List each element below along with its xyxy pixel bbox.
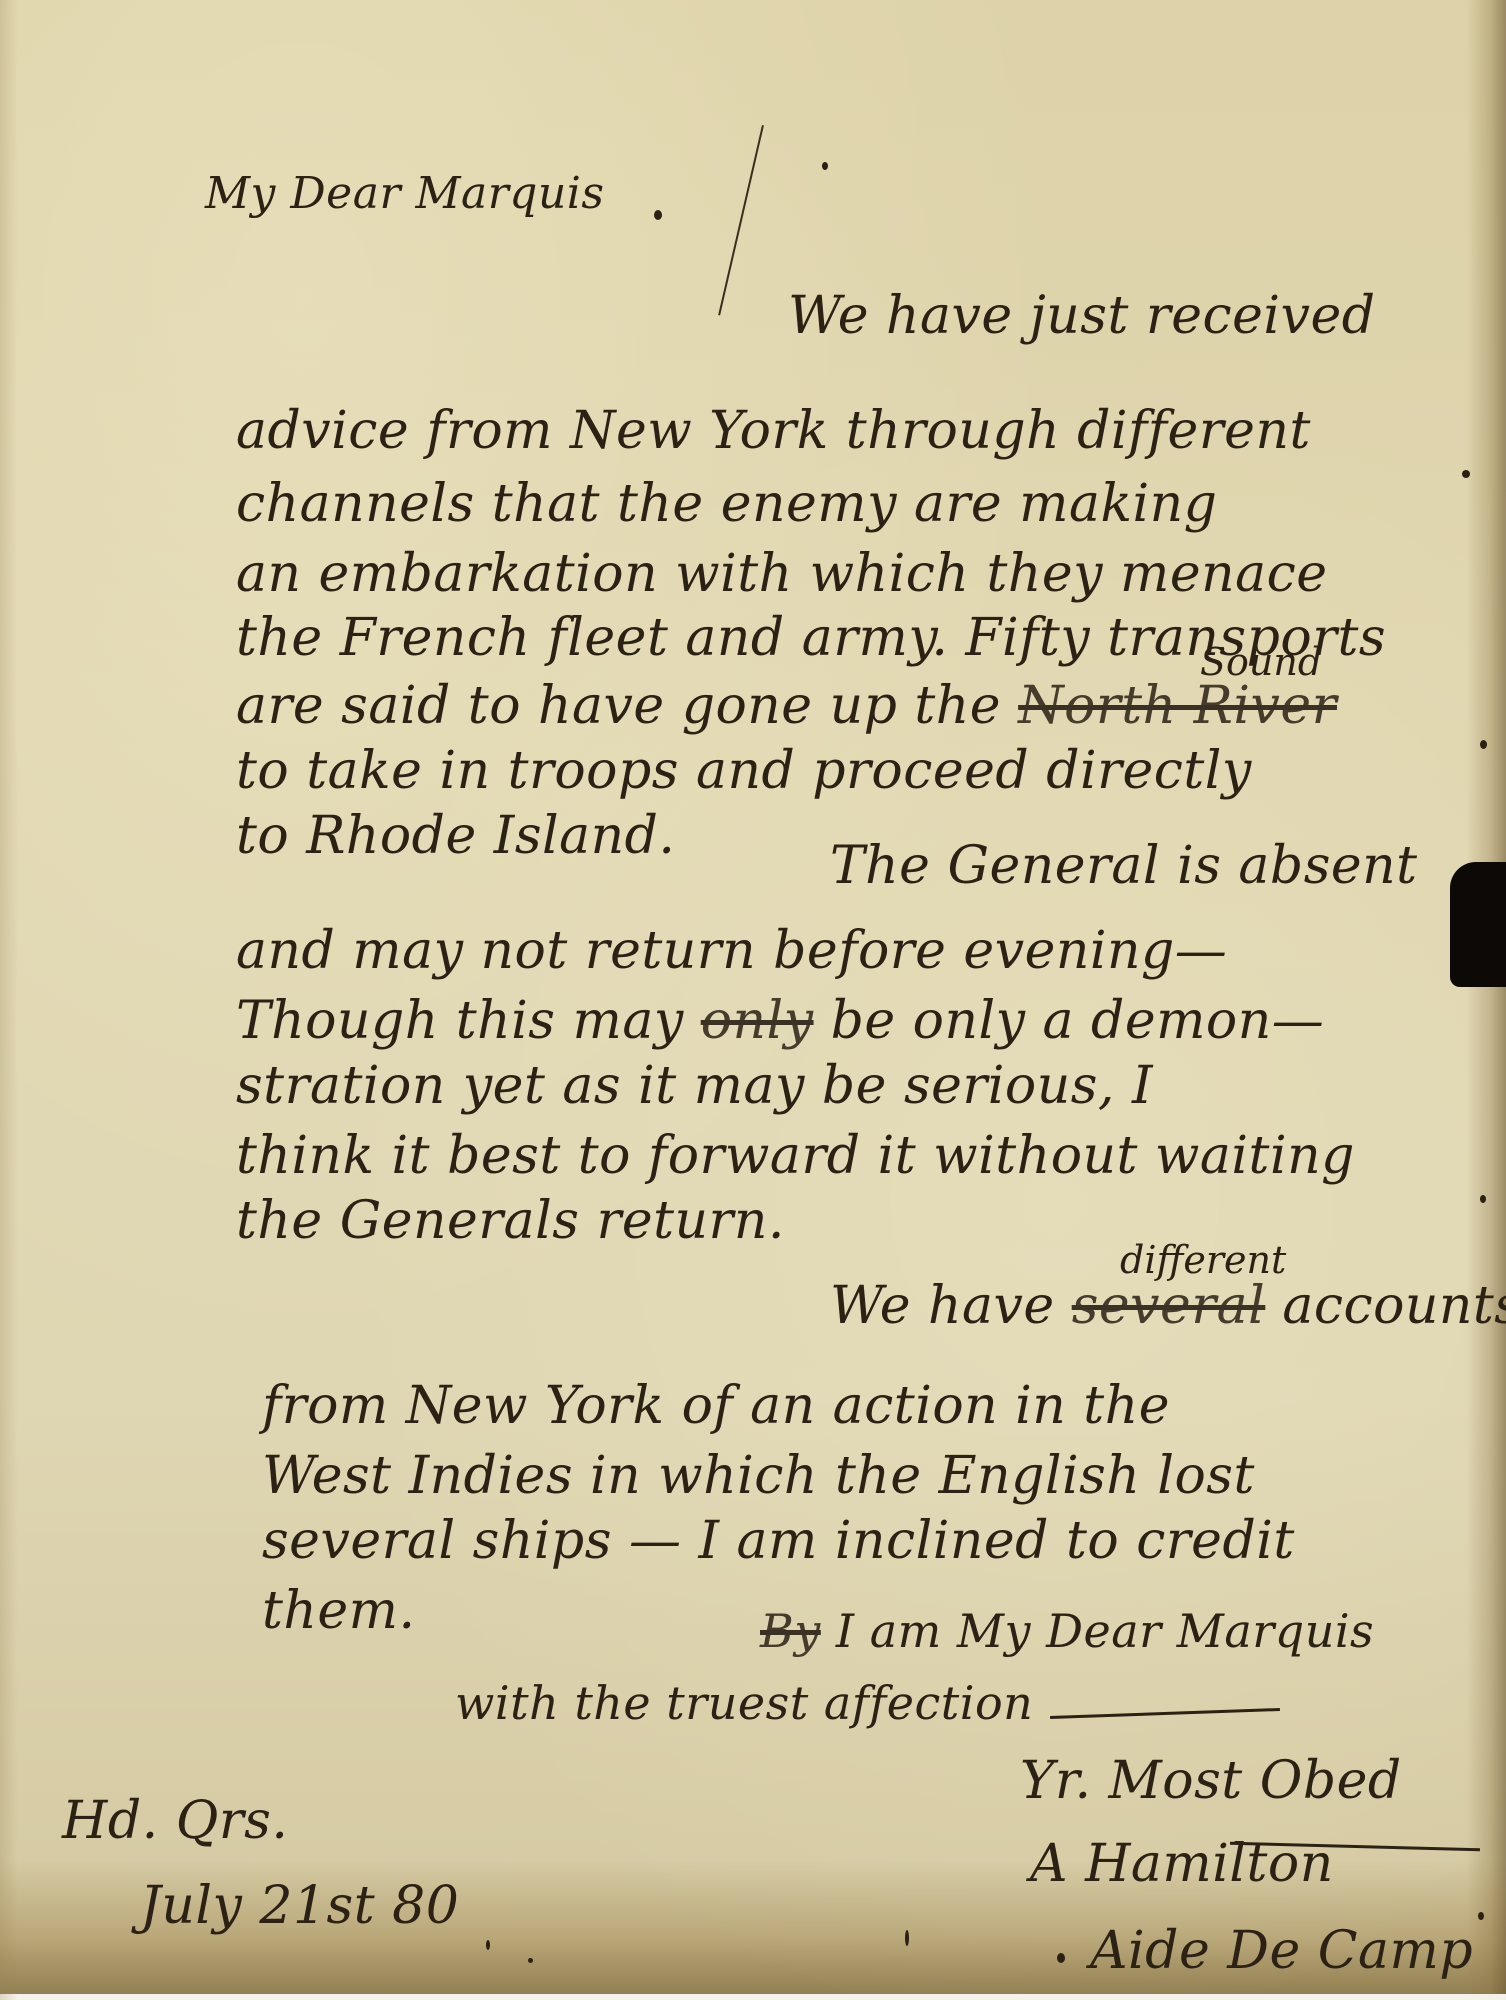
letter-line: the Generals return. (236, 1195, 785, 1247)
salutation: My Dear Marquis (205, 172, 604, 216)
ink-speck (1478, 1912, 1484, 1920)
letter-line: We have just received (788, 290, 1376, 342)
closing-flourish (1050, 1708, 1280, 1719)
ink-speck (905, 1930, 909, 1946)
letter-line: from New York of an action in the (262, 1380, 1170, 1432)
salutation-slash-mark (718, 125, 764, 315)
closing-line: By I am My Dear Marquis (760, 1608, 1374, 1654)
inserted-word-sound: Sound (1200, 640, 1322, 684)
letter-line: and may not return before evening— (236, 925, 1227, 977)
line-text: We have (830, 1276, 1055, 1336)
ink-blot (1450, 862, 1506, 987)
letter-line: Though this may only be only a demon— (236, 995, 1324, 1047)
ink-speck (1480, 1195, 1486, 1203)
manuscript-page: My Dear Marquis We have just received ad… (0, 0, 1506, 2000)
ink-speck (1462, 470, 1470, 478)
valediction: Yr. Most Obed (1020, 1755, 1402, 1807)
ink-speck (1057, 1953, 1065, 1963)
closing-line: with the truest affection (455, 1680, 1033, 1726)
ink-speck (528, 1958, 533, 1963)
letter-line: several ships — I am inclined to credit (262, 1515, 1295, 1567)
closing-text: I am My Dear Marquis (836, 1604, 1374, 1658)
letter-line: are said to have gone up the North River (236, 680, 1337, 732)
letter-line: channels that the enemy are making (236, 478, 1217, 530)
struck-word-by: By (760, 1604, 821, 1658)
ink-speck (654, 210, 662, 220)
letter-line: think it best to forward it without wait… (236, 1130, 1355, 1182)
line-text: be only a demon— (831, 991, 1325, 1051)
line-text: accounts (1282, 1276, 1506, 1336)
struck-word-north-river: North River (1018, 676, 1337, 736)
signature-title: Aide De Camp (1090, 1925, 1473, 1977)
scan-bottom-edge (0, 1994, 1506, 2000)
letter-line: an embarkation with which they menace (236, 548, 1327, 600)
letter-line: advice from New York through different (236, 405, 1311, 457)
letter-line: to Rhode Island. (236, 810, 675, 862)
letter-line: them. (262, 1585, 416, 1637)
struck-word-only: only (701, 991, 814, 1051)
letter-line: The General is absent (830, 840, 1418, 892)
line-text: are said to have gone up the (236, 676, 1001, 736)
dateline-place: Hd. Qrs. (62, 1795, 288, 1847)
ink-speck (822, 162, 828, 170)
letter-line: We have several accounts (830, 1280, 1506, 1332)
letter-line: West Indies in which the English lost (262, 1450, 1255, 1502)
struck-word-several: several (1072, 1276, 1266, 1336)
letter-line: stration yet as it may be serious, I (236, 1060, 1153, 1112)
dateline-date: July 21st 80 (140, 1880, 459, 1932)
line-text: Though this may (236, 991, 684, 1051)
letter-line: to take in troops and proceed directly (236, 745, 1252, 797)
ink-speck (486, 1940, 490, 1950)
ink-speck (1480, 740, 1487, 749)
